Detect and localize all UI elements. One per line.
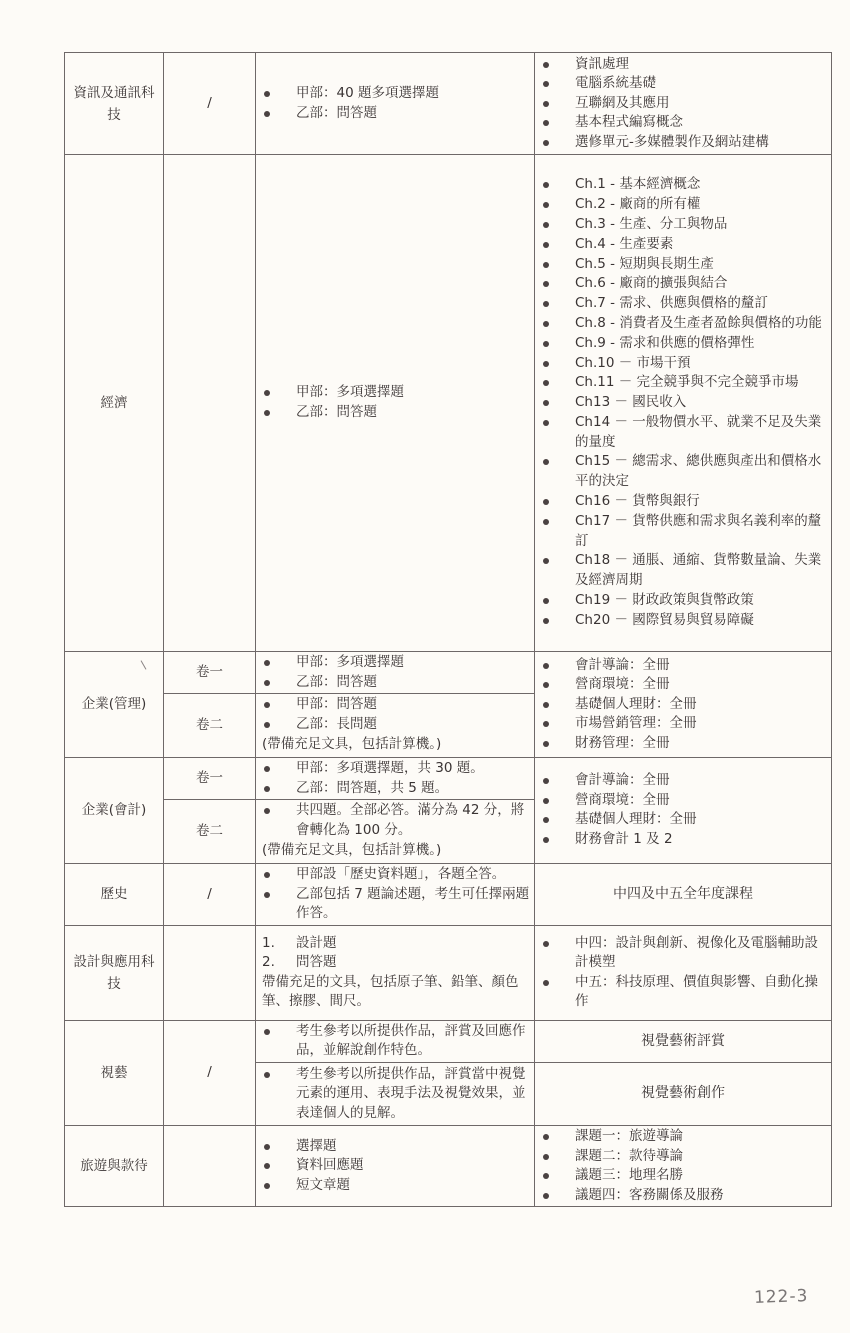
subject-cell: 經濟 xyxy=(65,155,164,652)
list-item: 考生參考以所提供作品，評賞及回應作品，並解說創作特色。 xyxy=(256,1022,530,1061)
subject-name: 視藝 xyxy=(65,1062,163,1084)
format-list: 甲部：多項選擇題 乙部：問答題 xyxy=(256,382,534,423)
list-item: 短文章題 xyxy=(256,1176,530,1196)
paper-label: 卷二 xyxy=(196,823,223,839)
scope-cell: 中四及中五全年度課程 xyxy=(535,863,832,925)
list-item: 乙部：問答題 xyxy=(256,403,530,423)
list-item: Ch.2 - 廠商的所有權 xyxy=(535,195,827,215)
list-item: Ch.1 - 基本經濟概念 xyxy=(535,175,827,195)
list-item: 甲部：問答題 xyxy=(256,695,530,715)
subject-name: 設計與應用科技 xyxy=(65,951,163,995)
scope-list: Ch.1 - 基本經濟概念 Ch.2 - 廠商的所有權 Ch.3 - 生產、分工… xyxy=(535,174,831,631)
subject-name: 經濟 xyxy=(65,392,163,414)
scope-cell: 會計導論：全冊 營商環境：全冊 基礎個人理財：全冊 財務會計 1 及 2 xyxy=(535,757,832,863)
list-item: 選修單元-多媒體製作及網站建構 xyxy=(535,133,827,153)
item-text: 設計題 xyxy=(296,935,337,951)
paper-cell: 卷一 xyxy=(164,652,256,694)
list-item: 基礎個人理財：全冊 xyxy=(535,810,827,830)
list-item: Ch14 － 一般物價水平、就業不足及失業的量度 xyxy=(535,413,827,453)
list-item: 甲部設「歷史資料題」，各題全答。 xyxy=(256,865,530,885)
list-item: 甲部：多項選擇題 xyxy=(256,383,530,403)
list-item: Ch18 － 通脹、通縮、貨幣數量論、失業及經濟周期 xyxy=(535,551,827,591)
format-cell: 甲部：問答題 乙部：長問題 (帶備充足文具，包括計算機。) xyxy=(256,694,535,758)
scope-cell: 中四：設計與創新、視像化及電腦輔助設計模塑 中五：科技原理、價值與影響、自動化操… xyxy=(535,925,832,1020)
table-row-bafs-management-paper1: 企業(管理) 卷一 甲部：多項選擇題 乙部：問答題 會計導論：全冊 營商環境：全… xyxy=(65,652,832,694)
list-item: 1. 設計題 xyxy=(262,934,530,954)
exam-syllabus-table: 資訊及通訊科技 / 甲部：40 題多項選擇題 乙部：問答題 資訊處理 電腦系統基… xyxy=(64,52,832,1207)
scope-list: 資訊處理 電腦系統基礎 互聯網及其應用 基本程式編寫概念 選修單元-多媒體製作及… xyxy=(535,54,831,154)
scope-cell: 資訊處理 電腦系統基礎 互聯網及其應用 基本程式編寫概念 選修單元-多媒體製作及… xyxy=(535,53,832,155)
list-item: 資訊處理 xyxy=(535,55,827,75)
scope-cell: 視覺藝術創作 xyxy=(535,1062,832,1125)
subject-name: 企業(管理) xyxy=(65,693,163,715)
paper-label: 卷二 xyxy=(196,717,223,733)
list-item: 互聯網及其應用 xyxy=(535,94,827,114)
stationery-note: (帶備充足文具，包括計算機。) xyxy=(256,841,534,863)
list-item: Ch16 － 貨幣與銀行 xyxy=(535,492,827,512)
format-list: 甲部：多項選擇題，共 30 題。 乙部：問答題，共 5 題。 xyxy=(256,758,534,799)
format-list: 共四題。全部必答。滿分為 42 分，將會轉化為 100 分。 xyxy=(256,800,534,841)
list-item: 議題三：地理名勝 xyxy=(535,1166,827,1186)
subject-cell: 設計與應用科技 xyxy=(65,925,164,1020)
format-list: 甲部：問答題 乙部：長問題 xyxy=(256,694,534,735)
subject-cell: 資訊及通訊科技 xyxy=(65,53,164,155)
format-list: 選擇題 資料回應題 短文章題 xyxy=(256,1136,534,1197)
subject-name: 歷史 xyxy=(65,883,163,905)
list-item: Ch.4 - 生產要素 xyxy=(535,235,827,255)
subject-cell: 旅遊與款待 xyxy=(65,1125,164,1206)
list-item: 2. 問答題 xyxy=(262,953,530,973)
subject-cell: 企業(管理) xyxy=(65,652,164,758)
list-item: Ch.5 - 短期與長期生產 xyxy=(535,255,827,275)
paper-cell: 卷二 xyxy=(164,800,256,864)
list-item: 中五：科技原理、價值與影響、自動化操作 xyxy=(535,973,827,1012)
table-row-history: 歷史 / 甲部設「歷史資料題」，各題全答。 乙部包括 7 題論述題，考生可任擇兩… xyxy=(65,863,832,925)
list-item: Ch19 － 財政政策與貨幣政策 xyxy=(535,591,827,611)
subject-name: 資訊及通訊科技 xyxy=(65,82,163,126)
table-row-ict: 資訊及通訊科技 / 甲部：40 題多項選擇題 乙部：問答題 資訊處理 電腦系統基… xyxy=(65,53,832,155)
list-item: 甲部：多項選擇題，共 30 題。 xyxy=(256,759,530,779)
list-item: Ch.6 - 廠商的擴張與結合 xyxy=(535,274,827,294)
paper-cell xyxy=(164,155,256,652)
list-item: Ch15 － 總需求、總供應與產出和價格水平的決定 xyxy=(535,452,827,492)
subject-cell: 歷史 xyxy=(65,863,164,925)
subject-cell: 企業(會計) xyxy=(65,757,164,863)
list-item: 財務會計 1 及 2 xyxy=(535,830,827,850)
table-row-design-applied-technology: 設計與應用科技 1. 設計題 2. 問答題 帶備充足的文具，包括原子筆、鉛筆、顏… xyxy=(65,925,832,1020)
list-item: 資料回應題 xyxy=(256,1156,530,1176)
list-item: 乙部：問答題 xyxy=(256,673,530,693)
table-row-visual-arts-part1: 視藝 / 考生參考以所提供作品，評賞及回應作品，並解說創作特色。 視覺藝術評賞 xyxy=(65,1020,832,1062)
list-item: Ch.7 - 需求、供應與價格的釐訂 xyxy=(535,294,827,314)
list-item: Ch.11 － 完全競爭與不完全競爭市場 xyxy=(535,373,827,393)
list-item: Ch20 － 國際貿易與貿易障礙 xyxy=(535,611,827,631)
list-item: 財務管理：全冊 xyxy=(535,734,827,754)
list-item: 乙部：問答題，共 5 題。 xyxy=(256,779,530,799)
list-item: 乙部：長問題 xyxy=(256,715,530,735)
paper-cell xyxy=(164,1125,256,1206)
format-cell: 考生參考以所提供作品，評賞及回應作品，並解說創作特色。 xyxy=(256,1020,535,1062)
list-item: 營商環境：全冊 xyxy=(535,791,827,811)
format-cell: 考生參考以所提供作品，評賞當中視覺元素的運用、表現手法及視覺效果，並表達個人的見… xyxy=(256,1062,535,1125)
list-item: 共四題。全部必答。滿分為 42 分，將會轉化為 100 分。 xyxy=(256,801,530,840)
scope-text: 視覺藝術創作 xyxy=(641,1085,725,1101)
list-item: 考生參考以所提供作品，評賞當中視覺元素的運用、表現手法及視覺效果，並表達個人的見… xyxy=(256,1065,530,1124)
list-item: Ch.8 - 消費者及生產者盈餘與價格的功能 xyxy=(535,314,827,334)
scope-list: 會計導論：全冊 營商環境：全冊 基礎個人理財：全冊 市場營銷管理：全冊 財務管理… xyxy=(535,655,831,755)
format-cell: 甲部設「歷史資料題」，各題全答。 乙部包括 7 題論述題，考生可任擇兩題作答。 xyxy=(256,863,535,925)
table-row-economics: 經濟 甲部：多項選擇題 乙部：問答題 Ch.1 - 基本經濟概念 Ch.2 - … xyxy=(65,155,832,652)
subject-name: 企業(會計) xyxy=(65,799,163,821)
format-list: 甲部設「歷史資料題」，各題全答。 乙部包括 7 題論述題，考生可任擇兩題作答。 xyxy=(256,864,534,925)
handwritten-page-number: 122-3 xyxy=(754,1286,809,1308)
scope-cell: Ch.1 - 基本經濟概念 Ch.2 - 廠商的所有權 Ch.3 - 生產、分工… xyxy=(535,155,832,652)
list-item: 中四：設計與創新、視像化及電腦輔助設計模塑 xyxy=(535,934,827,973)
scope-list: 會計導論：全冊 營商環境：全冊 基礎個人理財：全冊 財務會計 1 及 2 xyxy=(535,770,831,850)
table-row-tourism-hospitality: 旅遊與款待 選擇題 資料回應題 短文章題 課題一：旅遊導論 課題二：款待導論 議… xyxy=(65,1125,832,1206)
format-cell: 甲部：多項選擇題，共 30 題。 乙部：問答題，共 5 題。 xyxy=(256,757,535,799)
list-item: 會計導論：全冊 xyxy=(535,656,827,676)
scope-cell: 視覺藝術評賞 xyxy=(535,1020,832,1062)
paper-cell xyxy=(164,925,256,1020)
format-list: 甲部：多項選擇題 乙部：問答題 xyxy=(256,652,534,693)
scope-text: 中四及中五全年度課程 xyxy=(613,886,753,902)
scope-list: 課題一：旅遊導論 課題二：款待導論 議題三：地理名勝 議題四：客務關係及服務 xyxy=(535,1126,831,1206)
paper-label: / xyxy=(207,886,212,902)
list-item: 基本程式編寫概念 xyxy=(535,113,827,133)
item-text: 問答題 xyxy=(296,954,337,970)
list-item: Ch13 － 國民收入 xyxy=(535,393,827,413)
format-list: 考生參考以所提供作品，評賞當中視覺元素的運用、表現手法及視覺效果，並表達個人的見… xyxy=(256,1064,534,1125)
list-item: 甲部：40 題多項選擇題 xyxy=(256,84,530,104)
stationery-note: 帶備充足的文具，包括原子筆、鉛筆、顏色筆、擦膠、間尺。 xyxy=(256,973,534,1014)
format-cell: 甲部：40 題多項選擇題 乙部：問答題 xyxy=(256,53,535,155)
format-cell: 甲部：多項選擇題 乙部：問答題 xyxy=(256,652,535,694)
list-item: Ch.10 － 市場干預 xyxy=(535,354,827,374)
list-item: 市場營銷管理：全冊 xyxy=(535,714,827,734)
format-list: 甲部：40 題多項選擇題 乙部：問答題 xyxy=(256,83,534,124)
paper-cell: / xyxy=(164,863,256,925)
list-item: 乙部：問答題 xyxy=(256,104,530,124)
list-item: 會計導論：全冊 xyxy=(535,771,827,791)
format-cell: 共四題。全部必答。滿分為 42 分，將會轉化為 100 分。 (帶備充足文具，包… xyxy=(256,800,535,864)
subject-name: 旅遊與款待 xyxy=(65,1155,163,1177)
item-number: 2. xyxy=(262,953,275,973)
paper-cell: / xyxy=(164,53,256,155)
list-item: 電腦系統基礎 xyxy=(535,74,827,94)
subject-cell: 視藝 xyxy=(65,1020,164,1125)
table-row-bafs-accounting-paper1: 企業(會計) 卷一 甲部：多項選擇題，共 30 題。 乙部：問答題，共 5 題。… xyxy=(65,757,832,799)
list-item: 議題四：客務關係及服務 xyxy=(535,1186,827,1206)
scope-list: 中四：設計與創新、視像化及電腦輔助設計模塑 中五：科技原理、價值與影響、自動化操… xyxy=(535,933,831,1013)
stationery-note: (帶備充足文具，包括計算機。) xyxy=(256,735,534,757)
format-cell: 選擇題 資料回應題 短文章題 xyxy=(256,1125,535,1206)
list-item: 營商環境：全冊 xyxy=(535,675,827,695)
item-number: 1. xyxy=(262,934,275,954)
scope-text: 視覺藝術評賞 xyxy=(641,1033,725,1049)
list-item: 課題一：旅遊導論 xyxy=(535,1127,827,1147)
format-cell: 1. 設計題 2. 問答題 帶備充足的文具，包括原子筆、鉛筆、顏色筆、擦膠、間尺… xyxy=(256,925,535,1020)
list-item: Ch17 － 貨幣供應和需求與名義利率的釐訂 xyxy=(535,512,827,552)
list-item: 乙部包括 7 題論述題，考生可任擇兩題作答。 xyxy=(256,885,530,924)
paper-cell: / xyxy=(164,1020,256,1125)
format-cell: 甲部：多項選擇題 乙部：問答題 xyxy=(256,155,535,652)
scope-cell: 會計導論：全冊 營商環境：全冊 基礎個人理財：全冊 市場營銷管理：全冊 財務管理… xyxy=(535,652,832,758)
scope-cell: 課題一：旅遊導論 課題二：款待導論 議題三：地理名勝 議題四：客務關係及服務 xyxy=(535,1125,832,1206)
format-list: 考生參考以所提供作品，評賞及回應作品，並解說創作特色。 xyxy=(256,1021,534,1062)
paper-cell: 卷二 xyxy=(164,694,256,758)
list-item: Ch.9 - 需求和供應的價格彈性 xyxy=(535,334,827,354)
paper-cell: 卷一 xyxy=(164,757,256,799)
list-item: 基礎個人理財：全冊 xyxy=(535,695,827,715)
paper-label: 卷一 xyxy=(196,770,223,786)
format-numbered-list: 1. 設計題 2. 問答題 xyxy=(256,932,534,973)
paper-label: 卷一 xyxy=(196,664,223,680)
list-item: Ch.3 - 生產、分工與物品 xyxy=(535,215,827,235)
list-item: 甲部：多項選擇題 xyxy=(256,653,530,673)
list-item: 課題二：款待導論 xyxy=(535,1147,827,1167)
paper-label: / xyxy=(207,95,212,111)
paper-label: / xyxy=(207,1064,212,1080)
list-item: 選擇題 xyxy=(256,1137,530,1157)
